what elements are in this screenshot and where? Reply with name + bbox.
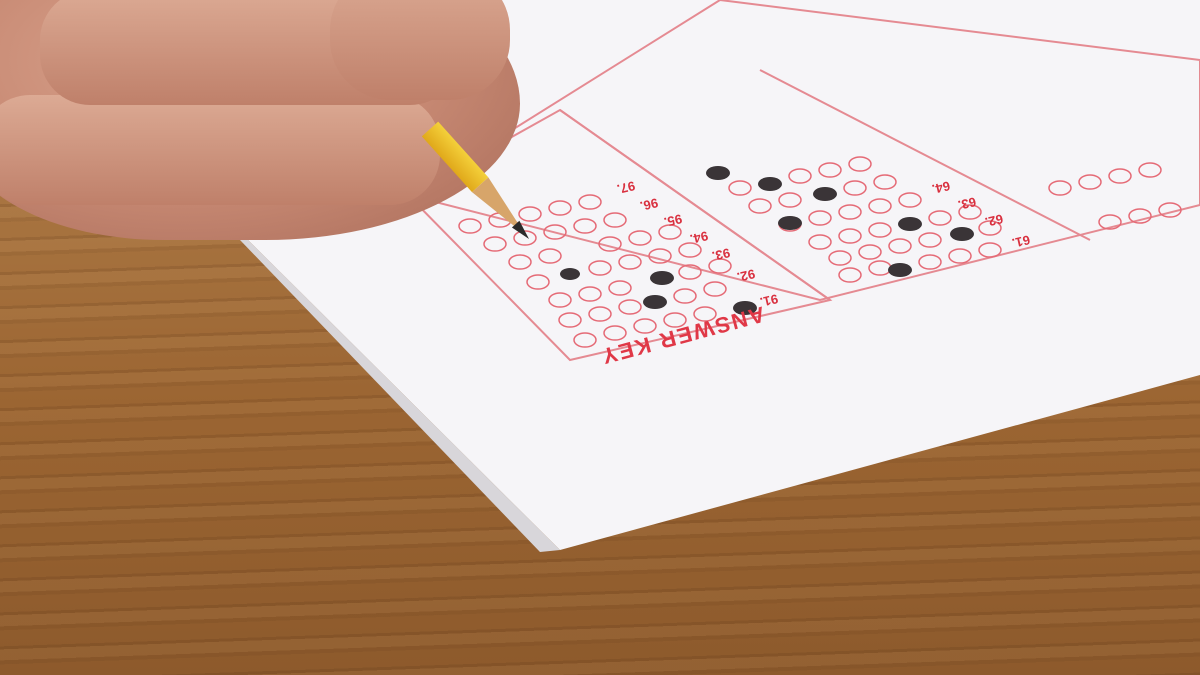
finger [0, 95, 440, 205]
thumb [330, 0, 510, 100]
